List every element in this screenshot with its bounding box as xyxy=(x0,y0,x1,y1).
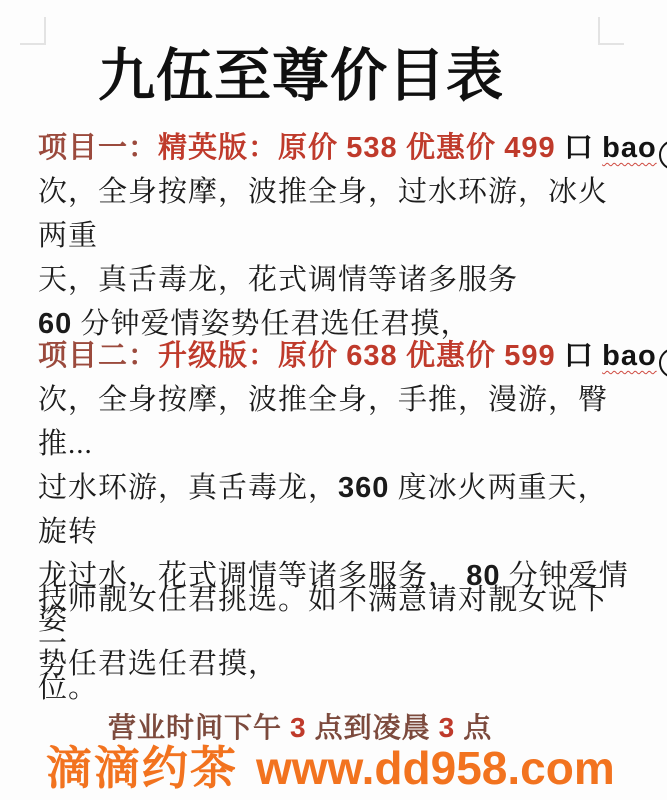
project1-original-price-label: 原价 xyxy=(278,132,346,164)
project2-bao-text: bao xyxy=(602,340,657,372)
project1-original-price: 538 xyxy=(346,132,397,164)
technician-note-line: 位。 xyxy=(38,666,636,710)
watermark-brand-name: 滴滴约茶 xyxy=(46,742,238,794)
project1-body-line: 次，全身按摩，波推全身，过水环游，冰火两重 xyxy=(38,170,636,258)
project1-paragraph: 项目一：精英版：原价 538 优惠价 499 口 bao1 次，全身按摩，波推全… xyxy=(38,126,636,346)
project2-label: 项目二： xyxy=(38,340,158,372)
project2-discount-price-label: 优惠价 xyxy=(398,340,505,372)
closing-hour: 3 xyxy=(439,712,456,743)
opening-hour: 3 xyxy=(290,712,307,743)
project1-discount-price-label: 优惠价 xyxy=(398,132,505,164)
project1-kou-text: 口 xyxy=(556,132,603,164)
project2-header-line: 项目二：升级版：原价 638 优惠价 599 口 bao2 xyxy=(38,334,636,378)
document-page: 九伍至尊价目表 项目一：精英版：原价 538 优惠价 499 口 bao1 次，… xyxy=(0,0,667,800)
business-hours-middle: 点到凌晨 xyxy=(307,713,439,744)
project2-original-price-label: 原价 xyxy=(278,340,346,372)
watermark-site-url: www.dd958.com xyxy=(256,742,615,794)
project1-circled-number: 1 xyxy=(659,140,667,170)
technician-note-paragraph: 技师靓女任君挑选。如不满意请对靓女说下一 位。 xyxy=(38,578,636,710)
project1-body-line: 天，真舌毒龙，花式调情等诸多服务 xyxy=(38,258,636,302)
business-hours-suffix: 点 xyxy=(455,713,492,744)
project1-discount-price: 499 xyxy=(504,132,555,164)
project2-kou-text: 口 xyxy=(556,340,603,372)
page-margin-mark-top-right xyxy=(598,17,624,45)
page-margin-mark-top-left xyxy=(20,17,46,45)
project1-label: 项目一： xyxy=(38,132,158,164)
project1-header-line: 项目一：精英版：原价 538 优惠价 499 口 bao1 xyxy=(38,126,636,170)
project2-discount-price: 599 xyxy=(504,340,555,372)
business-hours-prefix: 营业时间下午 xyxy=(108,713,290,744)
project2-edition: 升级版： xyxy=(158,340,278,372)
project1-edition: 精英版： xyxy=(158,132,278,164)
project2-body-text: 过水环游，真舌毒龙， xyxy=(38,472,338,504)
project2-body-line: 过水环游，真舌毒龙，360 度冰火两重天，旋转 xyxy=(38,466,636,554)
watermark-banner: 滴滴约茶www.dd958.com xyxy=(46,742,615,794)
project2-degrees-number: 360 xyxy=(338,472,389,504)
project2-original-price: 638 xyxy=(346,340,397,372)
project2-circled-number: 2 xyxy=(659,348,667,378)
technician-note-line: 技师靓女任君挑选。如不满意请对靓女说下一 xyxy=(38,578,636,666)
project2-body-line: 次，全身按摩，波推全身，手推，漫游，臀推... xyxy=(38,378,636,466)
page-title: 九伍至尊价目表 xyxy=(98,40,504,114)
project1-bao-text: bao xyxy=(602,132,657,164)
